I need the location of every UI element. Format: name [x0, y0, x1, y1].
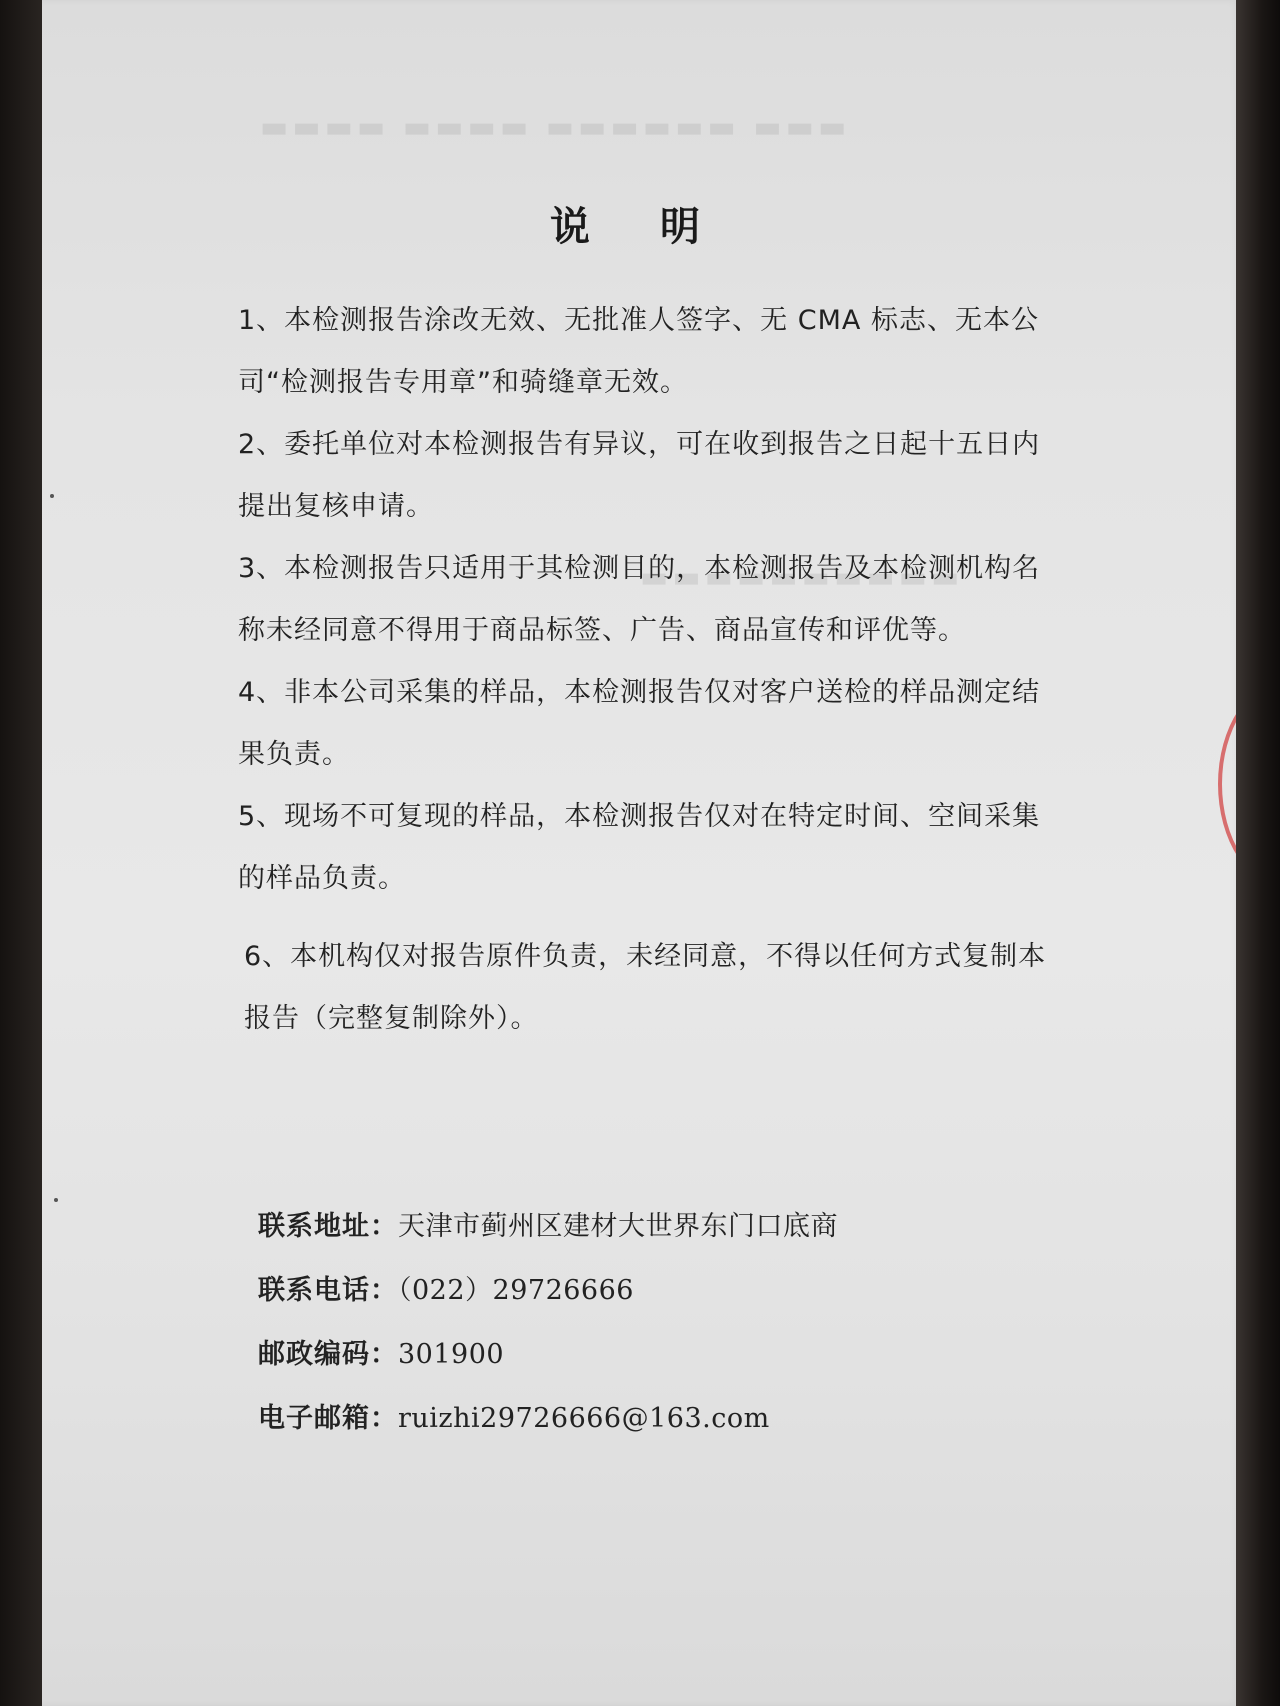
contact-email-value: ruizhi29726666@163.com [398, 1403, 770, 1434]
contact-info: 联系地址：天津市蓟州区建材大世界东门口底商 联系电话：（022）29726666… [258, 1195, 838, 1451]
contact-phone-label: 联系电话： [258, 1275, 398, 1306]
paper-speck [54, 1198, 58, 1202]
contact-postcode: 邮政编码：301900 [258, 1323, 838, 1387]
contact-phone-value: （022）29726666 [398, 1275, 634, 1306]
contact-postcode-value: 301900 [398, 1339, 504, 1370]
contact-email: 电子邮箱：ruizhi29726666@163.com [258, 1387, 838, 1451]
contact-phone: 联系电话：（022）29726666 [258, 1259, 838, 1323]
note-item-5: 5、现场不可复现的样品，本检测报告仅对在特定时间、空间采集的样品负责。 [238, 786, 1058, 910]
background-right [1236, 0, 1280, 1706]
contact-postcode-label: 邮政编码： [258, 1339, 398, 1370]
note-item-3: 3、本检测报告只适用于其检测目的，本检测报告及本检测机构名称未经同意不得用于商品… [238, 538, 1058, 662]
note-item-6: 6、本机构仅对报告原件负责，未经同意，不得以任何方式复制本报告（完整复制除外）。 [238, 926, 1058, 1050]
note-item-2: 2、委托单位对本检测报告有异议，可在收到报告之日起十五日内提出复核申请。 [238, 414, 1058, 538]
background-left [0, 0, 44, 1706]
note-item-4: 4、非本公司采集的样品，本检测报告仅对客户送检的样品测定结果负责。 [238, 662, 1058, 786]
contact-address: 联系地址：天津市蓟州区建材大世界东门口底商 [258, 1195, 838, 1259]
contact-address-value: 天津市蓟州区建材大世界东门口底商 [398, 1211, 838, 1242]
contact-email-label: 电子邮箱： [258, 1403, 398, 1434]
contact-address-label: 联系地址： [258, 1211, 398, 1242]
bleed-through-text: ▬▬▬▬ ▬▬▬▬ ▬▬▬▬▬▬ ▬▬▬ [260, 110, 850, 145]
page-title: 说明 [0, 195, 1280, 252]
paper-speck [50, 494, 54, 498]
notes-list: 1、本检测报告涂改无效、无批准人签字、无 CMA 标志、无本公司“检测报告专用章… [238, 290, 1058, 1050]
note-item-1: 1、本检测报告涂改无效、无批准人签字、无 CMA 标志、无本公司“检测报告专用章… [238, 290, 1058, 414]
